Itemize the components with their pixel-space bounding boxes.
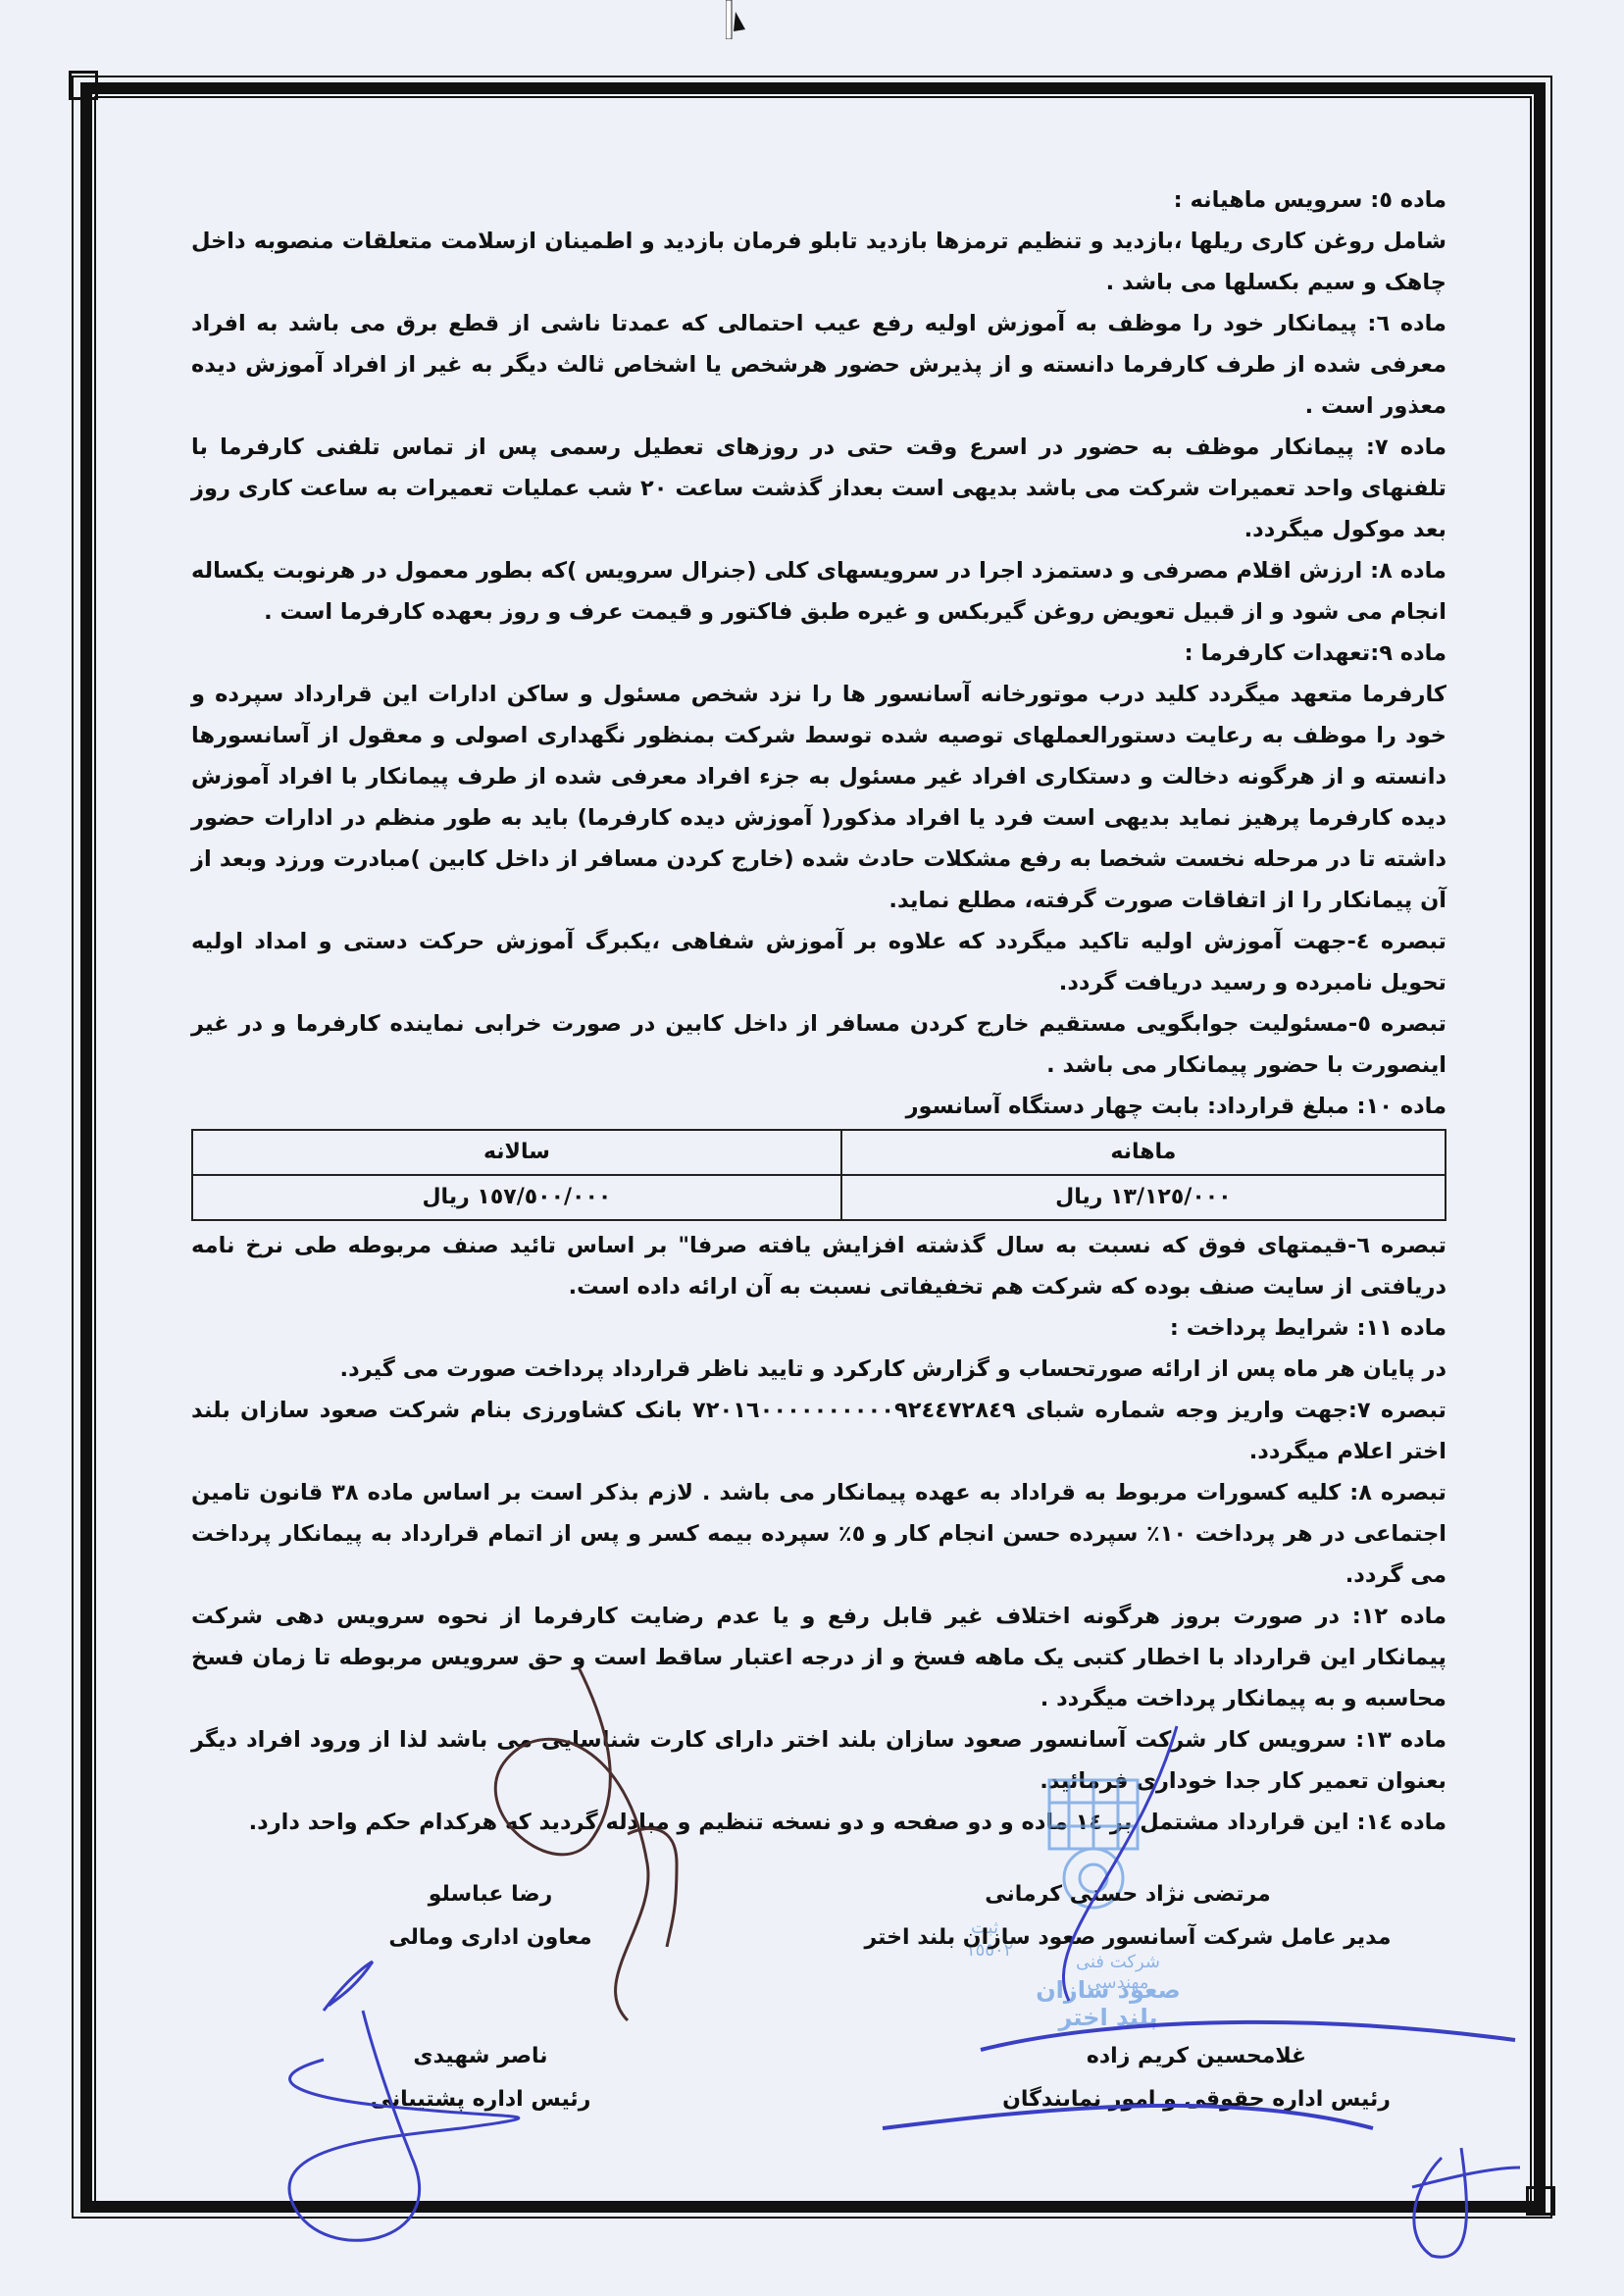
article-7: ماده ٧: پیمانکار موظف به حضور در اسرع وق… — [191, 427, 1446, 550]
annual-amount: ١٥٧/٥٠٠/٠٠٠ ریال — [192, 1175, 841, 1220]
article-5-body: شامل روغن کاری ریلها ،بازدید و تنظیم ترم… — [191, 221, 1446, 303]
article-5-heading: ماده ٥: سرویس ماهیانه : — [191, 179, 1446, 221]
article-9-body: کارفرما متعهد میگردد کلید درب موتورخانه … — [191, 674, 1446, 921]
article-6: ماده ٦: پیمانکار خود را موظف به آموزش او… — [191, 303, 1446, 427]
article-11-body: در پایان هر ماه پس از ارائه صورتحساب و گ… — [191, 1349, 1446, 1390]
note-6: تبصره ٦-قیمتهای فوق که نسبت به سال گذشته… — [191, 1225, 1446, 1307]
signatory-name: غلامحسین کریم زاده — [990, 2035, 1402, 2078]
signatory-name: ناصر شهیدی — [324, 2035, 637, 2078]
article-13: ماده ١٣: سرویس کار شرکت آسانسور صعود ساز… — [191, 1719, 1446, 1802]
signatory-title: معاون اداری ومالی — [333, 1916, 647, 1960]
article-8: ماده ٨: ارزش اقلام مصرفی و دستمزد اجرا د… — [191, 550, 1446, 633]
contract-price-table: ماهانه سالانه ١٣/١٢٥/٠٠٠ ریال ١٥٧/٥٠٠/٠٠… — [191, 1129, 1446, 1221]
note-5: تبصره ٥-مسئولیت جوابگویی مستقیم خارج کرد… — [191, 1003, 1446, 1086]
note-4: تبصره ٤-جهت آموزش اولیه تاکید میگردد که … — [191, 921, 1446, 1003]
border-corner-ornament — [69, 71, 98, 100]
article-9-heading: ماده ٩:تعهدات کارفرما : — [191, 633, 1446, 674]
column-monthly: ماهانه — [841, 1130, 1446, 1175]
contract-body: ماده ٥: سرویس ماهیانه : شامل روغن کاری ر… — [191, 179, 1446, 1843]
stamp-line-2: صعود سازان بلند اختر — [1020, 1976, 1196, 2031]
signatory-legal: غلامحسین کریم زاده رئیس اداره حقوقی و ام… — [990, 2035, 1402, 2121]
article-12: ماده ١٢: در صورت بروز هرگونه اختلاف غیر … — [191, 1596, 1446, 1719]
border-corner-ornament — [1526, 2186, 1555, 2216]
signatory-ceo: مرتضی نژاد حسنی کرمانی مدیر عامل شرکت آس… — [863, 1873, 1393, 1960]
article-11-heading: ماده ١١: شرایط پرداخت : — [191, 1307, 1446, 1349]
column-annual: سالانه — [192, 1130, 841, 1175]
signatory-admin-finance: رضا عباسلو معاون اداری ومالی — [333, 1873, 647, 1960]
note-7: تبصره ٧:جهت واریز وجه شماره شبای ٧٢٠١٦٠٠… — [191, 1390, 1446, 1472]
signatory-name: مرتضی نژاد حسنی کرمانی — [863, 1873, 1393, 1916]
table-row: ١٣/١٢٥/٠٠٠ ریال ١٥٧/٥٠٠/٠٠٠ ریال — [192, 1175, 1446, 1220]
signatory-title: رئیس اداره پشتیبانی — [324, 2078, 637, 2121]
article-14: ماده ١٤: این قرارداد مشتمل بر ١٤ ماده و … — [191, 1802, 1446, 1843]
scan-artifact-mark — [726, 0, 765, 39]
signatory-title: مدیر عامل شرکت آسانسور صعود سازان بلند ا… — [863, 1916, 1393, 1960]
note-8: تبصره ٨: کلیه کسورات مربوط به قراداد به … — [191, 1472, 1446, 1596]
signatory-support: ناصر شهیدی رئیس اداره پشتیبانی — [324, 2035, 637, 2121]
table-header-row: ماهانه سالانه — [192, 1130, 1446, 1175]
monthly-amount: ١٣/١٢٥/٠٠٠ ریال — [841, 1175, 1446, 1220]
signatory-title: رئیس اداره حقوقی و امور نمایندگان — [990, 2078, 1402, 2121]
article-10-heading: ماده ١٠: مبلغ قرارداد: بابت چهار دستگاه … — [191, 1086, 1446, 1127]
signatory-name: رضا عباسلو — [333, 1873, 647, 1916]
